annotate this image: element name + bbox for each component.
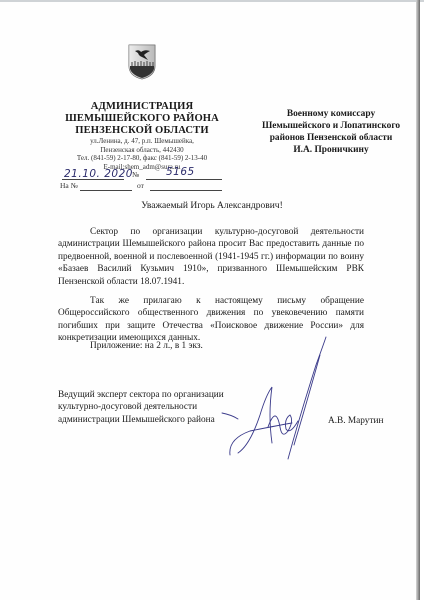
signatory-name: А.В. Марутин (328, 416, 383, 426)
reply-label: На № (60, 181, 78, 190)
org-line: АДМИНИСТРАЦИЯ (60, 101, 224, 113)
greeting: Уважаемый Игорь Александрович! (0, 201, 424, 211)
number-underline (146, 179, 222, 180)
addressee-block: Военному комиссару Шемышейского и Лопати… (246, 108, 416, 156)
handwritten-signature-icon (220, 335, 330, 465)
letter-date: 21.10. 2020 (64, 168, 133, 180)
reply-date-underline (150, 190, 222, 191)
paragraph-text: Сектор по организации культурно-досугово… (58, 227, 364, 287)
reply-number-underline (80, 190, 132, 191)
address-line: ул.Ленина, д. 47, р.п. Шемышейка, (60, 137, 224, 146)
organization-name: АДМИНИСТРАЦИЯ ШЕМЫШЕЙСКОГО РАЙОНА ПЕНЗЕН… (60, 101, 224, 137)
org-line: ПЕНЗЕНСКОЙ ОБЛАСТИ (60, 125, 224, 137)
paragraph-text: Приложение: на 2 л., в 1 экз. (90, 341, 203, 351)
number-label: № (132, 170, 139, 179)
paragraph-request: Сектор по организации культурно-досугово… (58, 226, 364, 288)
organization-address: ул.Ленина, д. 47, р.п. Шемышейка, Пензен… (60, 137, 224, 171)
letter-number: 5165 (166, 166, 195, 178)
letter-page: АДМИНИСТРАЦИЯ ШЕМЫШЕЙСКОГО РАЙОНА ПЕНЗЕН… (0, 0, 420, 600)
addressee-line: И.А. Проничкину (246, 144, 416, 156)
coat-of-arms-swallow-icon (128, 44, 156, 80)
address-line: Пензенская область, 442430 (60, 146, 224, 155)
address-line: Тел. (841-59) 2-17-80, факс (841-59) 2-1… (60, 154, 224, 163)
scan-edge-right (416, 0, 420, 600)
addressee-line: районов Пензенской области (246, 132, 416, 144)
org-line: ШЕМЫШЕЙСКОГО РАЙОНА (60, 113, 224, 125)
scan-edge-top (0, 0, 424, 2)
addressee-line: Шемышейского и Лопатинского (246, 120, 416, 132)
addressee-line: Военному комиссару (246, 108, 416, 120)
from-label: от (137, 181, 144, 190)
